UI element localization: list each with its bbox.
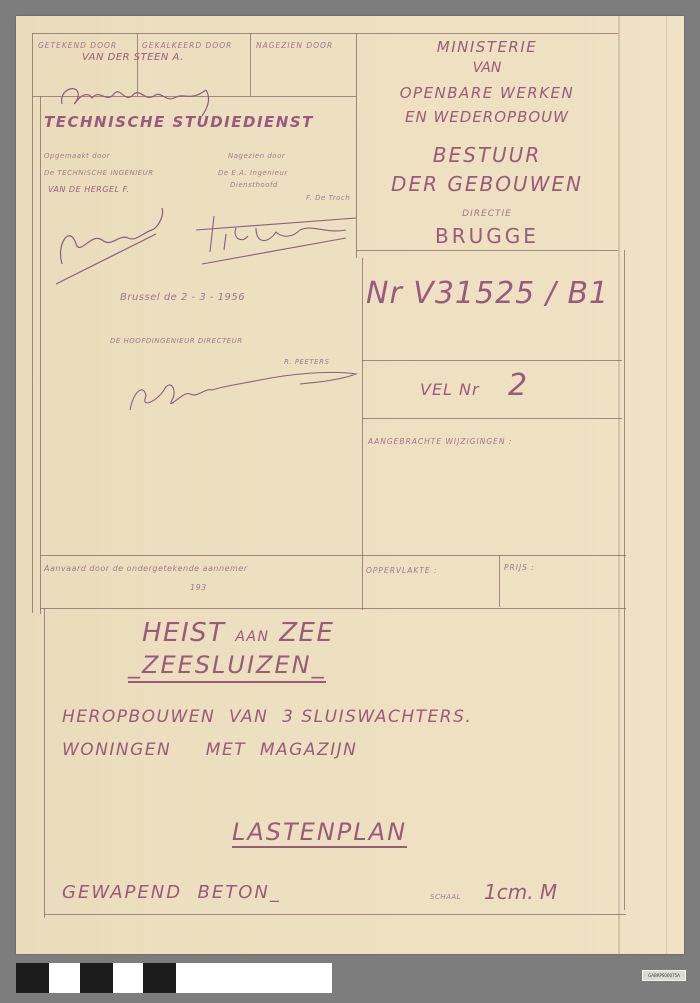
frame-left [32, 33, 33, 613]
description-line2: WONINGEN MET MAGAZIJN [62, 740, 357, 760]
service-title: TECHNISCHE STUDIEDIENST [44, 113, 314, 131]
place-date: Brussel de 2 - 3 - 1956 [120, 292, 245, 303]
archive-stamp: GABRPS00075A [642, 970, 686, 981]
accepted-year: 193 [190, 583, 207, 592]
left-inner [40, 96, 41, 614]
ministry-line4: EN WEDEROPBOUW [356, 108, 618, 126]
drawn-by-name: VAN DER STEEN A. [82, 52, 184, 63]
lower-left-frame [44, 608, 45, 918]
reviewed-by-name: F. De Troch [306, 194, 350, 202]
description-line1: HEROPBOUWEN VAN 3 SLUISWACHTERS. [62, 707, 472, 727]
calibration-white-3 [176, 963, 332, 993]
price-label: PRIJS : [504, 563, 535, 572]
location-mid: AAN [235, 629, 269, 645]
reviewed-by-label: NAGEZIEN DOOR [256, 41, 333, 50]
right-row3 [362, 418, 622, 419]
area-col [499, 555, 500, 607]
drawn-by-label: GETEKEND DOOR [38, 41, 117, 50]
fold-line-edge [666, 16, 667, 954]
accept-row-bottom [40, 608, 626, 609]
ministry-line3: OPENBARE WERKEN [356, 84, 618, 102]
material-label: GEWAPEND BETON_ [62, 882, 281, 903]
reviewed-by-label2: Nagezien door [228, 152, 285, 160]
center-divider-lower [362, 258, 363, 610]
reviewed-by-signature [196, 214, 366, 274]
drawing-number: Nr V31525 / B1 [366, 276, 609, 311]
dept-line1: BESTUUR [356, 143, 618, 167]
reviewed-by-role2: Diensthoofd [230, 181, 278, 189]
calibration-white-2 [113, 963, 143, 993]
area-label: OPPERVLAKTE : [366, 566, 438, 575]
scale-value: 1cm. M [484, 880, 557, 904]
header-col2 [250, 33, 251, 96]
changes-label: AANGEBRACHTE WIJZIGINGEN : [368, 437, 512, 446]
frame-top [32, 33, 618, 34]
directie-label: DIRECTIE [356, 209, 618, 219]
right-frame [624, 250, 625, 910]
made-by-label: Opgemaakt door [44, 152, 110, 160]
bottom-frame [44, 914, 626, 915]
directie-name: BRUGGE [356, 224, 618, 248]
accepted-label: Aanvaard door de ondergetekende aannemer [44, 564, 248, 573]
calibration-black-2 [80, 963, 113, 993]
chief-signature [120, 360, 360, 420]
calibration-black-1 [16, 963, 49, 993]
reviewed-by-role: De E.A. Ingenieur [218, 169, 288, 177]
right-row1 [356, 250, 618, 251]
made-by-name: VAN DE HERGEL F. [48, 185, 130, 194]
location-end: ZEE [279, 618, 334, 648]
ministry-line2: VAN [356, 60, 618, 76]
made-by-signature [52, 204, 172, 289]
drawn-by-signature [56, 76, 226, 116]
made-by-role: De TECHNISCHE INGENIEUR [44, 169, 154, 177]
fold-line [618, 16, 620, 954]
dept-line2: DER GEBOUWEN [356, 172, 618, 196]
checked-by-label: GEKALKEERD DOOR [142, 41, 232, 50]
calibration-white-1 [49, 963, 80, 993]
scale-label: SCHAAL [430, 893, 461, 901]
accept-row-top [40, 555, 626, 556]
right-row2 [362, 360, 622, 361]
sheet-label: VEL Nr [420, 380, 480, 399]
project-subtitle: _ZEESLUIZEN_ [128, 651, 326, 683]
location-word: HEIST [142, 618, 226, 648]
sheet-number: 2 [508, 368, 527, 403]
ministry-line1: MINISTERIE [356, 38, 618, 56]
project-location: HEIST AAN ZEE [142, 618, 334, 648]
calibration-black-3 [143, 963, 176, 993]
plan-title: LASTENPLAN [232, 818, 407, 848]
chief-role: DE HOOFDINGENIEUR DIRECTEUR [110, 337, 243, 345]
